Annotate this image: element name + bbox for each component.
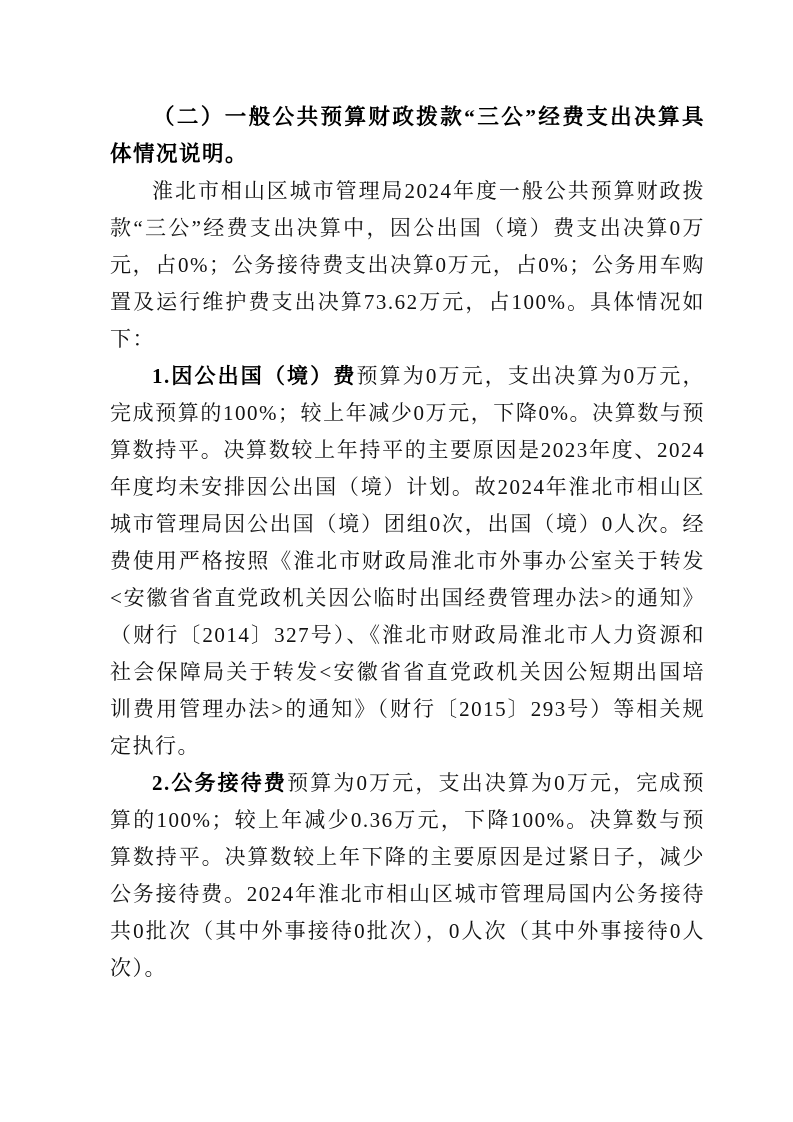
item-2-paragraph: 2.公务接待费预算为0万元，支出决算为0万元，完成预算的100%；较上年减少0.… [110, 765, 705, 987]
section-heading: （二）一般公共预算财政拨款“三公”经费支出决算具体情况说明。 [110, 99, 705, 173]
item-1-text: 预算为0万元，支出决算为0万元，完成预算的100%；较上年减少0万元，下降0%。… [110, 364, 705, 758]
item-1-paragraph: 1.因公出国（境）费预算为0万元，支出决算为0万元，完成预算的100%；较上年减… [110, 358, 705, 765]
intro-paragraph: 淮北市相山区城市管理局2024年度一般公共预算财政拨款“三公”经费支出决算中，因… [110, 173, 705, 358]
item-1-lead: 1.因公出国（境）费 [152, 364, 356, 388]
document-body: { "document": { "heading": "（二）一般公共预算财政拨… [0, 0, 793, 1122]
document-page: （二）一般公共预算财政拨款“三公”经费支出决算具体情况说明。 淮北市相山区城市管… [0, 0, 793, 1122]
item-2-lead: 2.公务接待费 [152, 771, 287, 795]
item-2-text: 预算为0万元，支出决算为0万元，完成预算的100%；较上年减少0.36万元，下降… [110, 771, 705, 980]
